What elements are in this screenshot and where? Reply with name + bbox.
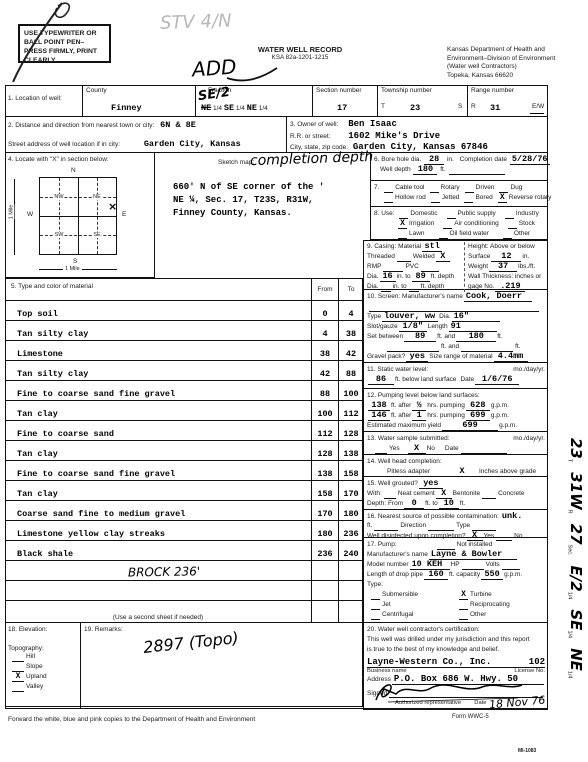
checkbox-slot: [384, 194, 393, 203]
material-from: 180: [311, 521, 338, 540]
screen-type-label: Type: [367, 313, 381, 320]
sample-date-label: Date: [445, 445, 459, 452]
owner-street-value: 1602 Mike's Drive: [348, 131, 440, 141]
section-pump: 17. Pump:Not installed Manufacturer's na…: [363, 538, 548, 623]
checkbox-slot: [430, 184, 439, 193]
hp-label: HP: [451, 561, 460, 568]
pumping-hrs2: 1: [412, 411, 426, 421]
margin-segment-value: 23: [567, 438, 585, 459]
checkbox-slot: X: [398, 220, 407, 229]
casing-right-col: Height: Above or below Surface12in. Weig…: [464, 242, 544, 292]
materials-header: 5. Type and color of material From To: [5, 278, 363, 301]
drill-method-option: Jetted: [431, 193, 460, 203]
concrete-label: Concrete: [498, 490, 524, 497]
checkbox-slot: [399, 210, 408, 219]
license-no-value: 102: [529, 657, 545, 667]
section-certification: 20. Water well contractor's certificatio…: [363, 623, 548, 710]
agency-line: Kansas Department of Health and: [447, 46, 582, 55]
material-row: Fine to coarse sand fine gravel 138 158: [5, 461, 362, 481]
field-location-label: 1. Location of well:: [5, 85, 82, 117]
section-use: 8. Use: DomesticPublic supplyIndustry XI…: [370, 207, 548, 240]
material-from: 170: [311, 501, 338, 520]
screen-set2-value: 180: [456, 332, 496, 342]
section-borehole: 6. Bore hole dia. 28 in. Completion date…: [370, 153, 548, 181]
use-option: Domestic: [399, 209, 437, 219]
fraction-struck-value: NE: [201, 103, 211, 113]
casing-threaded-label: Threaded: [367, 253, 395, 260]
material-name: Fine to coarse sand fine gravel: [5, 381, 311, 400]
inches-above-grade-label: Inches above grade: [479, 468, 536, 475]
contamination-label: 16. Nearest source of possible contamina…: [367, 513, 499, 520]
checkbox-slot: [464, 194, 473, 203]
material-row: Tan clay 128 138: [5, 441, 362, 461]
section-number-label: Section number: [316, 87, 362, 94]
option-label: Irrigation: [409, 220, 434, 227]
material-from: 112: [311, 421, 338, 440]
screen-length-label: Length: [428, 323, 448, 330]
material-name: Tan clay: [5, 401, 311, 420]
casing-material-label: 9. Casing: Material: [367, 243, 421, 250]
checkbox-slot: [431, 194, 440, 203]
hrs-pumping-label: hrs. pumping: [427, 402, 465, 409]
screen-set1-value: 89: [404, 332, 436, 342]
fraction-value: NE: [247, 103, 257, 113]
quadrant-sw: SW: [54, 232, 65, 238]
fraction-value: SE: [224, 103, 234, 113]
gpm-label: g.p.m.: [504, 571, 522, 578]
material-to: 88: [338, 361, 363, 380]
checkbox-slot: [371, 591, 380, 600]
mile-scale-vertical: 1 Mile: [14, 179, 15, 255]
checkbox-slot: [503, 230, 512, 239]
pump-type-option: XTurbine: [459, 590, 538, 600]
material-to: 128: [338, 421, 363, 440]
screen-ftand2-label: ft. and: [441, 343, 459, 350]
drill-method-option: Hollow rod: [384, 193, 426, 203]
section-pumping-level: 12. Pumping level below land surfaces: 1…: [363, 389, 548, 432]
checkbox-slot: [439, 230, 448, 239]
pump-mfr-label: Manufacturer's name: [367, 551, 428, 558]
owner-label: 3. Owner of well:: [290, 121, 338, 128]
material-to: 112: [338, 401, 363, 420]
contamination-value: unk.: [502, 511, 522, 521]
agency-line: (Water well Contractors): [447, 63, 582, 72]
topography-option: XUpland: [12, 672, 77, 682]
screen-mfr-value: Cook, Doerr: [464, 292, 532, 302]
material-from: 0: [311, 301, 338, 320]
street-value: Garden City, Kansas: [144, 139, 241, 149]
casing-into2-label: in. to: [393, 283, 407, 290]
margin-segment-value: E/2: [567, 566, 585, 592]
use-row3: LawnOil field waterOther: [398, 229, 545, 239]
section-elevation-remarks: 18. Elevation: Topography: HillSlopeXUpl…: [5, 622, 363, 707]
static-level-label: 11. Static water level:: [367, 366, 428, 373]
signature-labels: Authorized representative Date 18 Nov 76: [367, 699, 545, 707]
material-row: Tan silty clay 4 38: [5, 321, 362, 341]
material-to: [338, 581, 363, 600]
drill-method-number: 7.: [374, 184, 379, 191]
ft-to-label: ft. to: [425, 500, 438, 507]
fraction-handwritten: SE/2: [197, 85, 231, 104]
street-label: Street address of well location if in ci…: [8, 141, 120, 148]
casing-surface-label: Surface: [468, 253, 490, 260]
casing-weight-value: 37: [489, 262, 517, 272]
volts-label: Volts: [486, 561, 500, 568]
range-value: 31: [490, 103, 500, 113]
option-label: Oil field water: [450, 230, 489, 237]
casing-welded-x: X: [436, 252, 450, 262]
wellhead-label: 14. Well head completion:: [367, 457, 545, 467]
use-option: Other: [503, 229, 530, 239]
use-option: Air conditioning: [443, 219, 498, 229]
use-option: XIrrigation: [398, 219, 434, 229]
material-row: Tan clay 158 170: [5, 481, 362, 501]
material-to-empty: [338, 601, 363, 622]
pitless-adapter-label: Pitless adapter: [387, 468, 430, 475]
form-statute: KSA 82a-1201-1215: [225, 54, 375, 61]
section-casing: 9. Casing: Materialstl ThreadedWeldedX R…: [363, 240, 548, 290]
completion-date-value: 5/28/76: [510, 155, 550, 165]
use-option: Public supply: [447, 209, 496, 219]
screen-dia-label: Dia.: [439, 313, 451, 320]
material-row: BROCK 236': [5, 561, 362, 581]
grout-depth-label: Depth: From: [367, 500, 403, 507]
material-row: Limestone 38 42: [5, 341, 362, 361]
option-label: Jetted: [442, 194, 460, 201]
water-well-record-page: USE TYPEWRITER OR BALL POINT PEN–PRESS F…: [0, 0, 588, 762]
locate-label: 4. Locate with "X" in section below:: [8, 156, 109, 163]
field-township-number: Township number T 23 S: [377, 85, 467, 117]
certification-line3: is true to the best of my knowledge and …: [367, 645, 545, 655]
checkbox-slot: [499, 184, 508, 193]
mile-label-horizontal: 1 Mile: [63, 266, 82, 272]
material-to: 138: [338, 441, 363, 460]
capacity-value: 550: [481, 570, 503, 580]
materials-note: (Use a second sheet if needed): [5, 601, 311, 622]
checkbox-slot: [459, 611, 468, 620]
casing-pvc-label: PVC: [405, 263, 418, 270]
sample-yes-label: Yes: [389, 445, 400, 452]
margin-segment-label: 1/4: [567, 630, 573, 638]
sketch-line: NE ¼, Sec. 17, T23S, R31W,: [173, 194, 324, 207]
compass-s: S: [73, 258, 77, 265]
hrs-pumping-label: hrs. pumping: [427, 412, 465, 419]
field-section-number: Section number 17: [312, 85, 377, 117]
material-row: Tan clay 100 112: [5, 401, 362, 421]
township-suffix: S: [458, 103, 462, 110]
option-label: Other: [514, 230, 530, 237]
option-label: Bored: [475, 194, 492, 201]
row-location: 1. Location of well: County Finney Fract…: [5, 85, 548, 117]
materials-rows: Top soil 0 4 Tan silty clay 4 38 Limesto…: [5, 301, 363, 622]
margin-segment: 31WR: [569, 472, 576, 513]
materials-note-row: (Use a second sheet if needed): [5, 601, 362, 622]
materials-to-header: To: [338, 279, 363, 300]
casing-left-col: 9. Casing: Materialstl ThreadedWeldedX R…: [367, 242, 463, 292]
checkbox-slot: [12, 653, 24, 662]
not-installed-label: Not installed: [457, 541, 493, 548]
margin-segment-label: Sec.: [567, 545, 573, 556]
form-number: Form WWC-5: [452, 714, 489, 720]
option-label: Cable tool: [395, 184, 424, 191]
certification-line2: This well was drilled under my jurisdict…: [367, 635, 545, 645]
drill-method-option: Bored: [464, 193, 492, 203]
compass-w: W: [27, 211, 33, 218]
margin-segment: SE1/4: [569, 609, 576, 638]
direction-label: Direction: [400, 522, 426, 529]
casing-rmp-label: RMP: [367, 263, 381, 270]
option-label: Air conditioning: [454, 220, 498, 227]
material-name: Fine to coarse sand: [5, 421, 311, 440]
checkbox-slot: [371, 611, 380, 620]
sketch-map-label: Sketch map:: [218, 159, 254, 166]
gravel-pack-label: Gravel pack?: [367, 353, 405, 360]
size-range-label: Size range of material: [429, 353, 492, 360]
option-label: Centrifugal: [382, 611, 413, 618]
material-to: 38: [338, 321, 363, 340]
casing-dia-value: 16: [380, 272, 396, 282]
checkbox-slot: [398, 230, 407, 239]
contamination-type-label: Type: [456, 522, 470, 529]
section-wellhead: 14. Well head completion: Pitless adapte…: [363, 455, 548, 477]
margin-segment-label: 1/4: [567, 592, 573, 600]
material-row: Limestone yellow clay streaks 180 236: [5, 521, 362, 541]
sample-no-label: No: [427, 445, 435, 452]
material-name: Limestone yellow clay streaks: [5, 521, 311, 540]
date-format-label: mo./day/yr.: [513, 434, 545, 444]
grouted-label: 15. Well grouted?: [367, 480, 418, 487]
borehole-line1: 6. Bore hole dia. 28 in. Completion date…: [374, 155, 545, 165]
agency-line: Environment–Division of Environment: [447, 55, 582, 64]
material-name: BROCK 236': [5, 558, 311, 582]
drill-method-option: Rotary: [430, 183, 460, 193]
material-from: 138: [311, 461, 338, 480]
material-from: 38: [311, 341, 338, 360]
option-label: Slope: [26, 663, 43, 670]
topography-list: HillSlopeXUplandValley: [12, 652, 77, 692]
mile-scale-horizontal: 1 Mile: [39, 269, 117, 270]
margin-segment-value: 27: [567, 524, 585, 545]
material-name: [5, 581, 311, 600]
owner-street-line: R.R. or street: 1602 Mike's Drive: [290, 131, 545, 143]
option-label: Jet: [382, 601, 391, 608]
use-option: Stock: [508, 219, 535, 229]
sketch-handwritten-note: completion depth: [250, 149, 374, 169]
county-label: County: [86, 87, 107, 94]
location-label-text: 1. Location of well:: [8, 95, 62, 102]
field-county: County Finney: [82, 85, 195, 117]
township-value: 23: [410, 103, 420, 113]
drill-method-option: Dug: [499, 183, 522, 193]
distance-line: 2. Distance and direction from nearest t…: [8, 120, 283, 130]
well-depth-ft-label: ft.: [440, 166, 445, 173]
option-label: Rotary: [441, 184, 460, 191]
elevation-label: 18. Elevation:: [8, 626, 77, 633]
grouted-value: yes: [419, 479, 443, 489]
option-label: Valley: [26, 683, 43, 690]
material-row: Fine to coarse sand fine gravel 88 100: [5, 381, 362, 401]
pump-type-label: Type:: [367, 580, 545, 590]
topography-option: Hill: [12, 652, 77, 662]
casing-dia2-label: Dia.: [367, 283, 379, 290]
below-surface-label: ft. below land surface: [395, 376, 456, 383]
material-name: Black shale: [5, 541, 311, 560]
material-name: Limestone: [5, 341, 311, 360]
agency-block: Kansas Department of Health and Environm…: [447, 46, 582, 80]
use-row2: XIrrigationAir conditioningStock: [398, 219, 545, 229]
material-name: Fine to coarse sand fine gravel: [5, 461, 311, 480]
pencil-scribble-text: STV 4/N: [160, 10, 232, 33]
use-option: Lawn: [398, 229, 425, 239]
material-row: [5, 581, 362, 601]
checkbox-slot: X: [498, 194, 507, 203]
gpm-label: g.p.m.: [499, 422, 517, 429]
pump-type-grid: SubmersibleXTurbineJetReciprocatingCentr…: [371, 590, 545, 620]
business-name-value: Layne-Western Co., Inc.: [367, 657, 529, 667]
casing-gage-label: gage No.: [468, 283, 494, 290]
material-from: 100: [311, 401, 338, 420]
material-name: Coarse sand fine to medium gravel: [5, 501, 311, 520]
material-name: Tan silty clay: [5, 361, 311, 380]
material-to: 100: [338, 381, 363, 400]
margin-segment: NE1/4: [569, 648, 576, 678]
material-from: [311, 561, 338, 580]
casing-depth-value: 89: [412, 272, 430, 282]
checkbox-slot: [371, 601, 380, 610]
drill-method-row2: Hollow rodJettedBoredXReverse rotary: [384, 193, 545, 203]
pump-type-option: Jet: [371, 600, 454, 610]
pump-mfr-value: Layne & Bowler: [429, 550, 517, 560]
margin-segment-label: T: [567, 459, 573, 462]
material-to: [338, 561, 363, 580]
section-remarks: 19. Remarks: 2897 (Topo): [81, 623, 362, 706]
use-number: 8. Use:: [374, 210, 395, 217]
ft-after-label: ft. after: [391, 402, 411, 409]
material-from: 88: [311, 381, 338, 400]
owner-line: 3. Owner of well: Ben Isaac: [290, 119, 545, 131]
screen-ft-label: ft.: [497, 333, 502, 340]
completion-date-label: Completion date: [460, 156, 507, 163]
blank-underline: [449, 166, 505, 175]
material-to: 170: [338, 481, 363, 500]
distance-value: 6N & 8E: [160, 120, 196, 130]
owner-city-value: Garden City, Kansas 67846: [353, 142, 488, 152]
distance-label: 2. Distance and direction from nearest t…: [8, 122, 154, 129]
checkbox-slot: [447, 210, 456, 219]
pencil-scribble: STV 4/N: [160, 3, 441, 34]
field-range-number: Range number R 31 E/W: [467, 85, 548, 117]
compass-e: E: [122, 211, 126, 218]
print-code: MI-1083: [518, 748, 536, 754]
use-row1: 8. Use: DomesticPublic supplyIndustry: [374, 209, 545, 219]
model-label: Model number: [367, 561, 409, 568]
casing-into-label: in. to: [397, 273, 411, 280]
address-line: Address P.O. Box 686 W. Hwy. 50: [367, 675, 545, 685]
row-address-owner: 2. Distance and direction from nearest t…: [5, 117, 548, 153]
well-depth-value: 180: [413, 165, 437, 175]
material-to: 42: [338, 341, 363, 360]
material-row: Fine to coarse sand 112 128: [5, 421, 362, 441]
quarter-label: 1/4: [259, 105, 268, 112]
use-option: Industry: [505, 209, 539, 219]
form-title: WATER WELL RECORD: [225, 45, 375, 54]
capacity-label: ft. capacity: [449, 571, 480, 578]
margin-segment-label: R: [567, 510, 573, 514]
sketch-map-area: Sketch map: completion depth 660' N of S…: [155, 153, 370, 278]
gpm-label: g.p.m.: [491, 402, 509, 409]
well-location-x-mark: ×: [108, 200, 117, 213]
range-handwritten-mark: [530, 113, 544, 114]
max-yield-value: 699: [442, 421, 498, 431]
margin-segment: E/21/4: [569, 566, 576, 600]
grid-dash-line: [40, 235, 116, 236]
materials-from-header: From: [311, 279, 338, 300]
casing-welded-label: Welded: [413, 253, 435, 260]
material-from: [311, 581, 338, 600]
screen-ftand-label: ft. and: [437, 333, 455, 340]
casing-lbs-label: lbs./ft.: [518, 263, 535, 270]
material-from: 158: [311, 481, 338, 500]
screen-set-label: Set between: [367, 333, 403, 340]
field-owner: 3. Owner of well: Ben Isaac R.R. or stre…: [286, 117, 548, 153]
wellhead-x: X: [446, 467, 478, 477]
license-no-label: License No.: [514, 668, 545, 675]
option-label: Domestic: [410, 210, 437, 217]
address-label: Address: [367, 675, 391, 685]
screen-mfr-label: 10. Screen: Manufacturer's name: [367, 293, 463, 300]
pumping-level-label: 12. Pumping level below land surfaces:: [367, 391, 545, 401]
sketch-description: 660' N of SE corner of the ' NE ¼, Sec. …: [173, 181, 324, 220]
water-sample-label: 13. Water sample submitted:: [367, 435, 450, 442]
max-yield-label: Estimated maximum yield: [367, 422, 441, 429]
casing-ftdepth2-label: ft. depth: [421, 283, 445, 290]
mile-label-vertical: 1 Mile: [8, 205, 14, 220]
sign-date-label: Date: [474, 699, 486, 707]
quadrant-se: SE: [92, 232, 101, 238]
well-depth-label: Well depth: [380, 166, 411, 173]
quarter-label: 1/4: [213, 105, 222, 112]
ft-label: ft.: [460, 500, 465, 507]
quadrant-nw: NW: [53, 194, 64, 200]
pump-type-option: Centrifugal: [371, 610, 454, 620]
screen-ft2-label: ft.: [515, 343, 520, 350]
county-value: Finney: [111, 103, 142, 113]
material-to: 240: [338, 541, 363, 560]
material-from: 4: [311, 321, 338, 340]
bentonite-label: Bentonite: [453, 490, 480, 497]
material-row: Tan silty clay 42 88: [5, 361, 362, 381]
pump-type-option: Submersible: [371, 590, 454, 600]
material-to: 4: [338, 301, 363, 320]
option-label: Other: [470, 611, 486, 618]
business-line: Layne-Western Co., Inc. 102: [367, 657, 545, 668]
pen-scribble-icon: [0, 0, 130, 85]
option-label: Reciprocating: [470, 601, 510, 608]
casing-dia-label: Dia.: [367, 273, 379, 280]
township-prefix: T: [381, 103, 385, 110]
material-from: 42: [311, 361, 338, 380]
casing-weight-label: Weight: [468, 263, 488, 270]
option-label: Dug: [510, 184, 522, 191]
quarter-label: 1/4: [236, 105, 245, 112]
drill-method-row1: 7. Cable toolRotaryDrivenDug: [374, 183, 545, 193]
material-from-empty: [311, 601, 338, 622]
pump-type-option: Reciprocating: [459, 600, 538, 610]
material-name: Tan silty clay: [5, 321, 311, 340]
sign-date-value: 18 Nov 76: [488, 697, 545, 710]
checkbox-slot: [443, 220, 452, 229]
address-value: P.O. Box 686 W. Hwy. 50: [392, 675, 544, 685]
